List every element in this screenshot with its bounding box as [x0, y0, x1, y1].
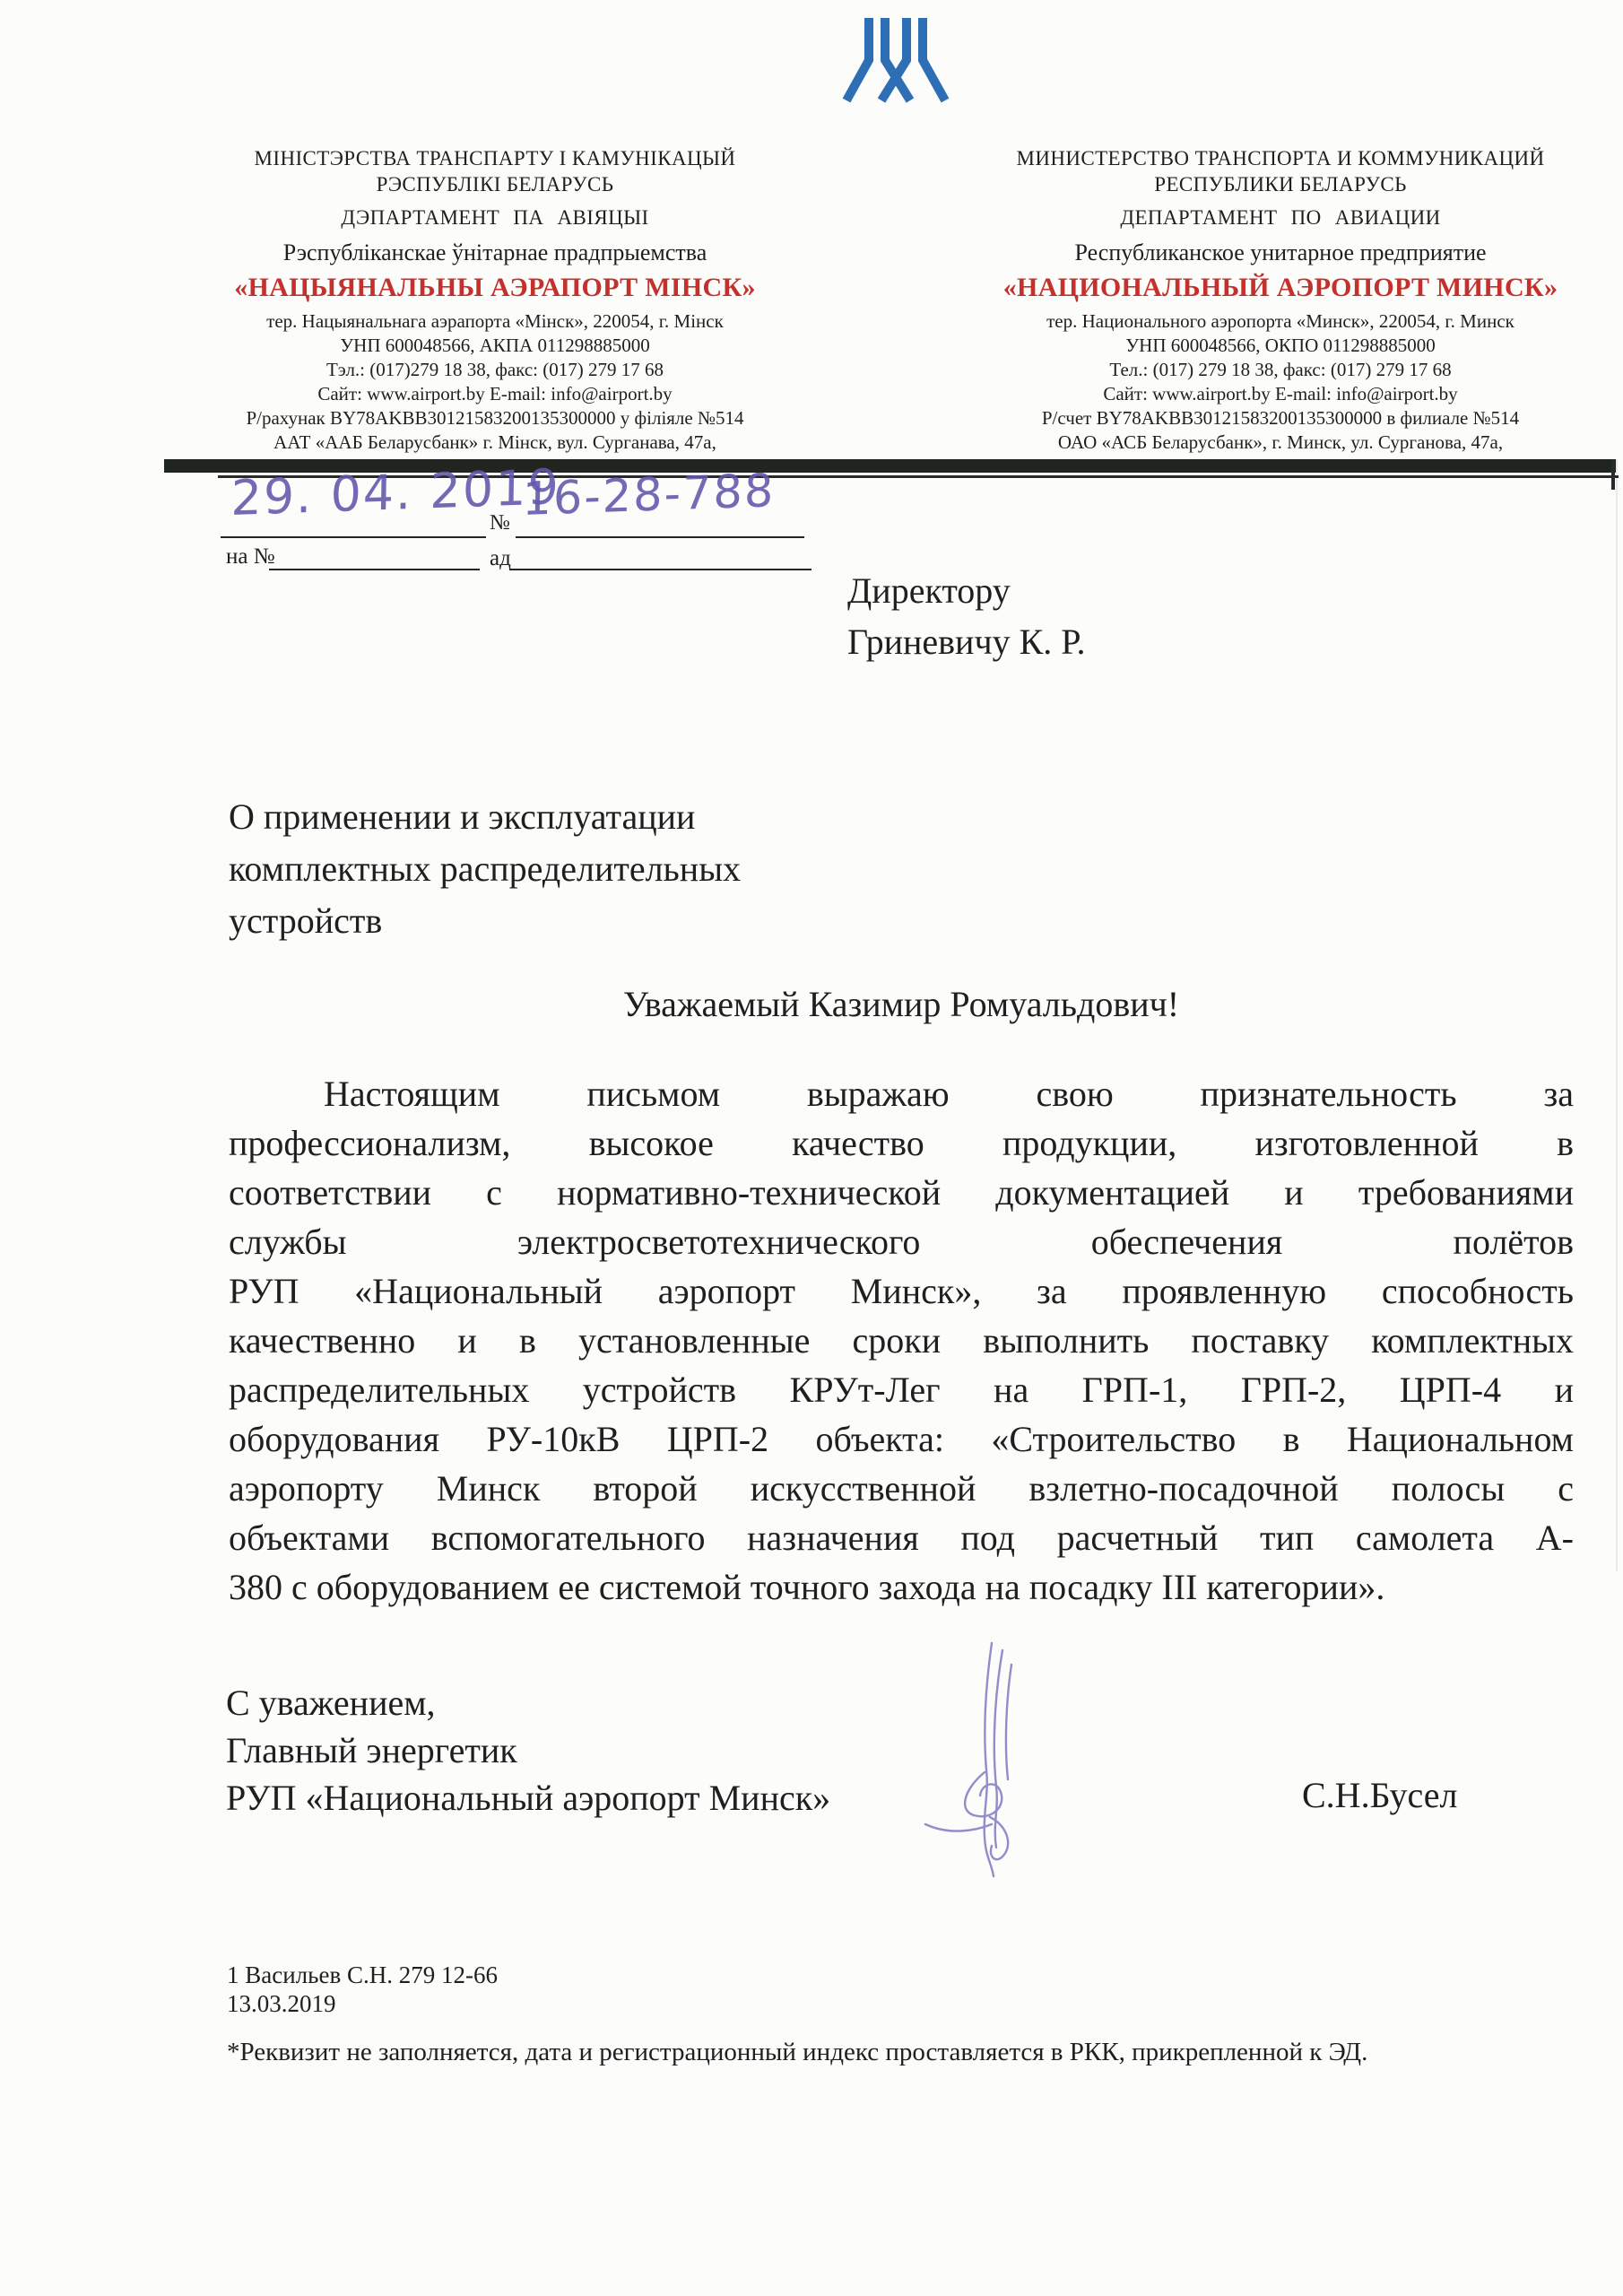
phone-ru: Тел.: (017) 279 18 38, факс: (017) 279 1… [1002, 358, 1558, 382]
body-line: 380 с оборудованием ее системой точного … [229, 1562, 1574, 1612]
addressee-name: Гриневичу К. Р. [847, 616, 1086, 667]
body-line: профессионализм, высокое качество продук… [229, 1118, 1574, 1168]
body-line: аэропорту Минск второй искусственной взл… [229, 1464, 1574, 1513]
enterprise-type-by: Рэспубліканскае ўнітарнае прадпрыемства [217, 239, 773, 266]
body-line: распределительных устройств КРУт-Лег на … [229, 1365, 1574, 1414]
body-line: оборудования РУ-10кВ ЦРП-2 объекта: «Стр… [229, 1414, 1574, 1464]
body-line: соответствии с нормативно-технической до… [229, 1168, 1574, 1217]
address-by: тер. Нацыянальнага аэрапорта «Мінск», 22… [217, 309, 773, 334]
ministry-country-ru: РЕСПУБЛИКИ БЕЛАРУСЬ [1002, 171, 1558, 197]
codes-ru: УНП 600048566, ОКПО 011298885000 [1002, 334, 1558, 358]
account-ru: Р/счет BY78AKBB30121583200135300000 в фи… [1002, 406, 1558, 430]
addressee-title: Директору [847, 565, 1086, 616]
ministry-country-by: РЭСПУБЛІКІ БЕЛАРУСЬ [217, 171, 773, 197]
handwritten-date: 29. 04. 2019 [230, 458, 560, 526]
letterhead-russian: МИНИСТЕРСТВО ТРАНСПОРТА И КОММУНИКАЦИЙ Р… [1002, 145, 1558, 479]
date-underline [221, 536, 486, 538]
ministry-name-ru: МИНИСТЕРСТВО ТРАНСПОРТА И КОММУНИКАЦИЙ [1002, 145, 1558, 171]
phone-by: Тэл.: (017)279 18 38, факс: (017) 279 17… [217, 358, 773, 382]
executor-block: 1 Васильев С.Н. 279 12-66 13.03.2019 [227, 1961, 498, 2018]
ministry-name-by: МІНІСТЭРСТВА ТРАНСПАРТУ І КАМУНІКАЦЫЙ [217, 145, 773, 171]
body-line: Настоящим письмом выражаю свою признател… [229, 1069, 1574, 1118]
department-by: ДЭПАРТАМЕНТ ПА АВІЯЦЫІ [217, 205, 773, 230]
separator-right-tick [1611, 459, 1615, 490]
footnote: *Реквизит не заполняется, дата и регистр… [227, 2038, 1367, 2067]
subject-line: устройств [229, 895, 741, 947]
subject-block: О применении и эксплуатации комплектных … [229, 791, 741, 947]
salutation: Уважаемый Казимир Ромуальдович! [229, 983, 1574, 1025]
executor-contact: 1 Васильев С.Н. 279 12-66 [227, 1961, 498, 1989]
scan-edge-artifact [1616, 459, 1618, 1571]
department-ru: ДЕПАРТАМЕНТ ПО АВИАЦИИ [1002, 205, 1558, 230]
signer-name: С.Н.Бусел [1302, 1774, 1458, 1816]
addressee-block: Директору Гриневичу К. Р. [847, 565, 1086, 667]
body-line: качественно и в установленные сроки выпо… [229, 1316, 1574, 1365]
executor-date: 13.03.2019 [227, 1989, 498, 2018]
ad-underline [509, 569, 811, 570]
handwritten-number: 16-28-788 [522, 465, 776, 526]
body-line: службы электросветотехнического обеспече… [229, 1217, 1574, 1266]
enterprise-type-ru: Республиканское унитарное предприятие [1002, 239, 1558, 266]
subject-line: О применении и эксплуатации [229, 791, 741, 843]
enterprise-name-by: «НАЦЫЯНАЛЬНЫ АЭРАПОРТ МІНСК» [217, 272, 773, 303]
scanned-letter-page: МІНІСТЭРСТВА ТРАНСПАРТУ І КАМУНІКАЦЫЙ РЭ… [0, 0, 1623, 2296]
address-ru: тер. Национального аэропорта «Минск», 22… [1002, 309, 1558, 334]
ad-label: ад [490, 546, 511, 571]
letter-body: Настоящим письмом выражаю свою признател… [229, 1069, 1574, 1612]
closing-block: С уважением, Главный энергетик РУП «Наци… [226, 1679, 830, 1822]
bank-ru: ОАО «АСБ Беларусбанк», г. Минск, ул. Сур… [1002, 430, 1558, 455]
account-by: Р/рахунак BY78AKBB30121583200135300000 у… [217, 406, 773, 430]
na-no-underline [269, 569, 480, 570]
closing-position: Главный энергетик [226, 1726, 830, 1774]
number-sign-label: № [490, 511, 510, 535]
letterhead-belarusian: МІНІСТЭРСТВА ТРАНСПАРТУ І КАМУНІКАЦЫЙ РЭ… [217, 145, 773, 479]
closing-regards: С уважением, [226, 1679, 830, 1726]
closing-company: РУП «Национальный аэропорт Минск» [226, 1774, 830, 1822]
minsk-airport-logo-icon [841, 18, 950, 104]
enterprise-name-ru: «НАЦИОНАЛЬНЫЙ АЭРОПОРТ МИНСК» [1002, 272, 1558, 303]
subject-line: комплектных распределительных [229, 843, 741, 895]
number-underline [516, 536, 804, 538]
web-email-ru: Сайт: www.airport.by E-mail: info@airpor… [1002, 382, 1558, 406]
body-line: РУП «Национальный аэропорт Минск», за пр… [229, 1266, 1574, 1316]
codes-by: УНП 600048566, АКПА 011298885000 [217, 334, 773, 358]
na-no-label: на № [226, 544, 275, 570]
bank-by: ААТ «ААБ Беларусбанк» г. Мінск, вул. Сур… [217, 430, 773, 455]
handwritten-signature [906, 1638, 1067, 1889]
body-line: объектами вспомогательного назначения по… [229, 1513, 1574, 1562]
web-email-by: Сайт: www.airport.by E-mail: info@airpor… [217, 382, 773, 406]
